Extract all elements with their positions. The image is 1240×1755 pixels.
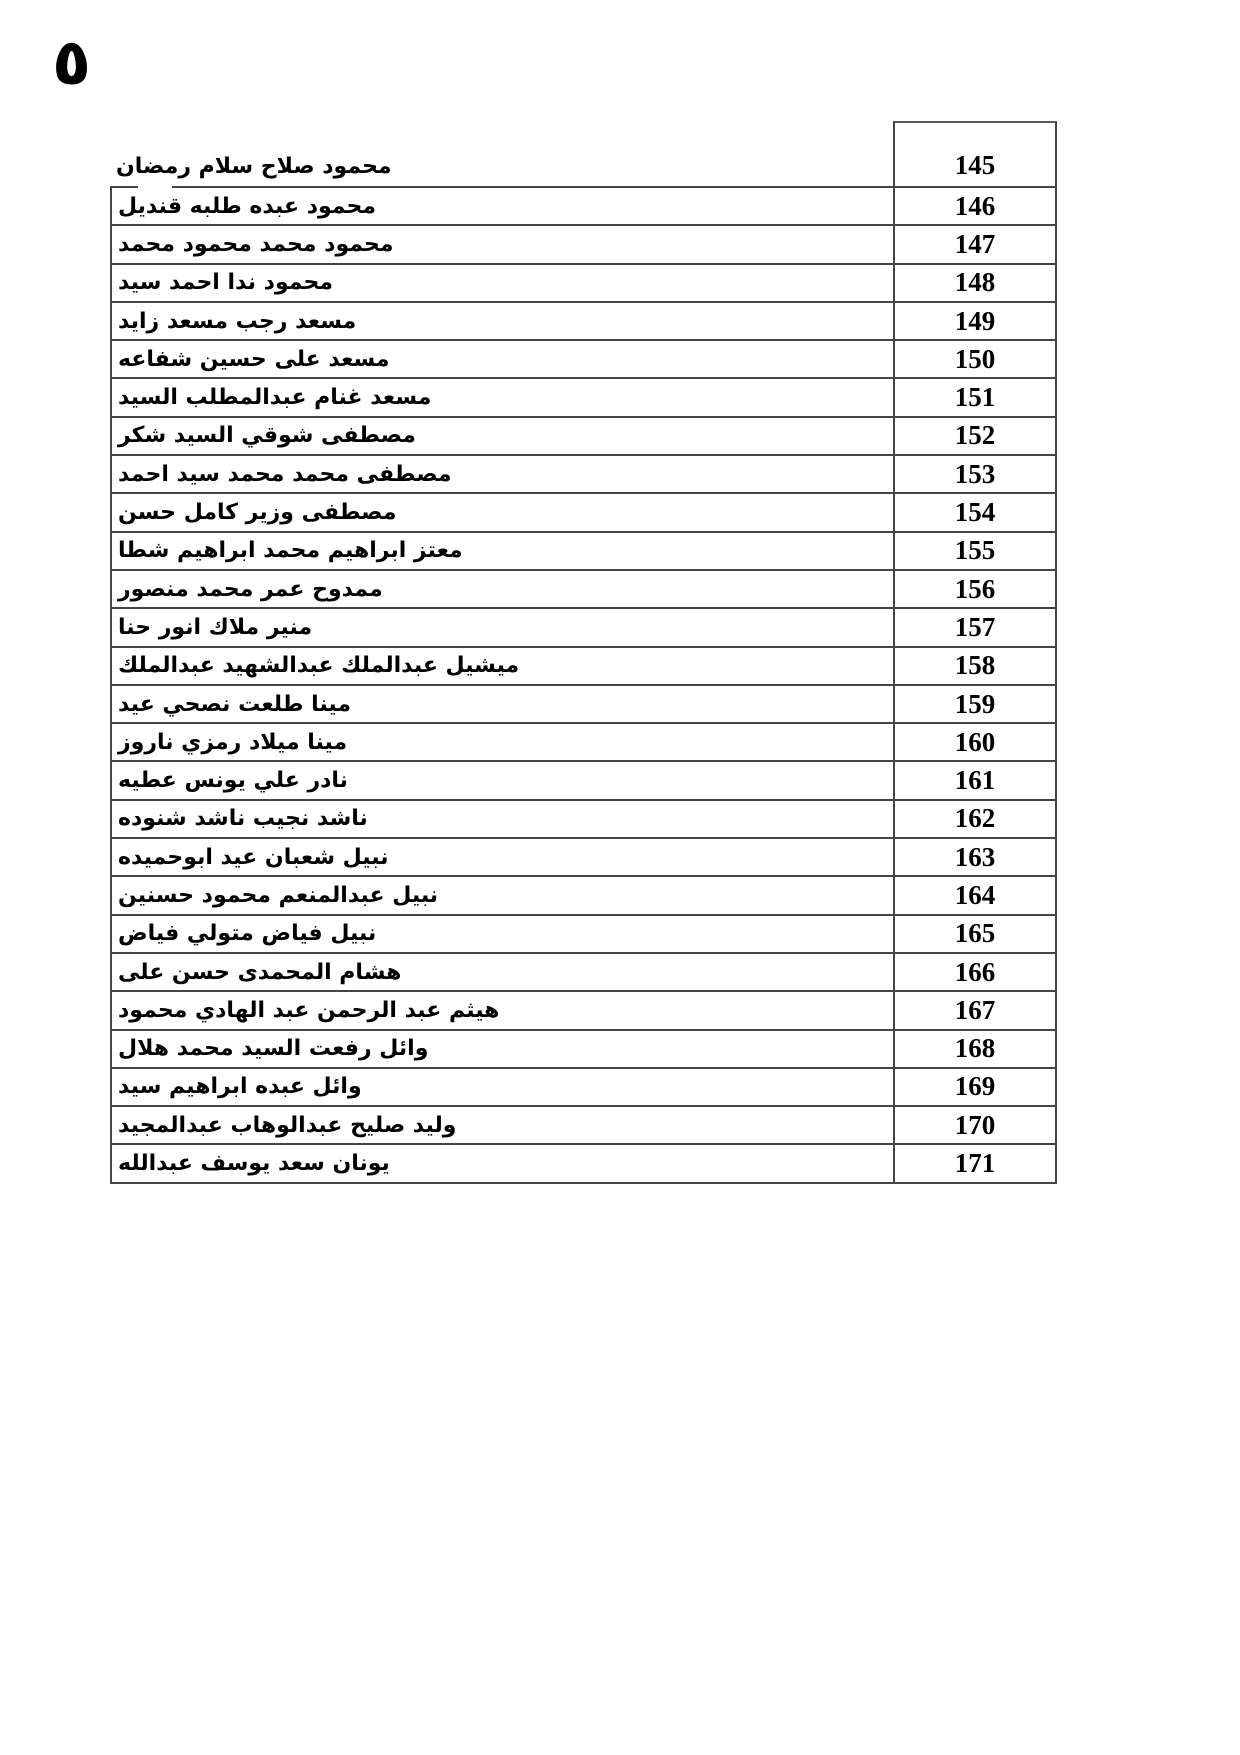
number-cell: 154 (895, 494, 1057, 532)
number-cell: 157 (895, 609, 1057, 647)
name-cell: مصطفى وزير كامل حسن (110, 494, 895, 532)
table-row: نبيل عبدالمنعم محمود حسنين164 (110, 877, 1057, 915)
table-row: وائل عبده ابراهيم سيد169 (110, 1069, 1057, 1107)
table-row: منير ملاك انور حنا157 (110, 609, 1057, 647)
table-row: مصطفى وزير كامل حسن154 (110, 494, 1057, 532)
table-row: محمود ندا احمد سيد148 (110, 265, 1057, 303)
table-row: نادر علي يونس عطيه161 (110, 762, 1057, 800)
number-cell: 170 (895, 1107, 1057, 1145)
number-cell: 145 (895, 121, 1057, 188)
name-cell: ناشد نجيب ناشد شنوده (110, 801, 895, 839)
number-cell: 161 (895, 762, 1057, 800)
name-cell: نادر علي يونس عطيه (110, 762, 895, 800)
scanned-document-page: ٥ محمود صلاح سلام رمضان145محمود عبده طلب… (0, 0, 1240, 1755)
name-cell: نبيل فياض متولي فياض (110, 916, 895, 954)
table-row: ممدوح عمر محمد منصور156 (110, 571, 1057, 609)
name-cell: مسعد رجب مسعد زايد (110, 303, 895, 341)
name-cell: وليد صليح عبدالوهاب عبدالمجيد (110, 1107, 895, 1145)
number-cell: 171 (895, 1145, 1057, 1183)
number-cell: 159 (895, 686, 1057, 724)
number-cell: 155 (895, 533, 1057, 571)
table-row: مصطفى شوقي السيد شكر152 (110, 418, 1057, 456)
name-cell: هيثم عبد الرحمن عبد الهادي محمود (110, 992, 895, 1030)
name-cell: محمود صلاح سلام رمضان (110, 121, 895, 188)
table-row: مسعد على حسين شفاعه150 (110, 341, 1057, 379)
number-cell: 148 (895, 265, 1057, 303)
name-cell: مصطفى محمد محمد سيد احمد (110, 456, 895, 494)
name-cell: يونان سعد يوسف عبدالله (110, 1145, 895, 1183)
table-row: مسعد غنام عبدالمطلب السيد151 (110, 379, 1057, 417)
names-table: محمود صلاح سلام رمضان145محمود عبده طلبه … (110, 121, 1057, 1184)
table-row: وليد صليح عبدالوهاب عبدالمجيد170 (110, 1107, 1057, 1145)
table-row: مينا ميلاد رمزي ناروز160 (110, 724, 1057, 762)
name-cell: محمود ندا احمد سيد (110, 265, 895, 303)
number-cell: 168 (895, 1031, 1057, 1069)
name-cell: محمود محمد محمود محمد (110, 226, 895, 264)
table-row: ناشد نجيب ناشد شنوده162 (110, 801, 1057, 839)
table-row: معتز ابراهيم محمد ابراهيم شطا155 (110, 533, 1057, 571)
number-cell: 150 (895, 341, 1057, 379)
number-cell: 147 (895, 226, 1057, 264)
number-cell: 164 (895, 877, 1057, 915)
number-cell: 152 (895, 418, 1057, 456)
number-cell: 169 (895, 1069, 1057, 1107)
table-row: نبيل شعبان عيد ابوحميده163 (110, 839, 1057, 877)
number-cell: 165 (895, 916, 1057, 954)
table-row: يونان سعد يوسف عبدالله171 (110, 1145, 1057, 1183)
number-cell: 146 (895, 188, 1057, 226)
number-cell: 149 (895, 303, 1057, 341)
number-cell: 166 (895, 954, 1057, 992)
table-row: محمود عبده طلبه قنديل146 (110, 188, 1057, 226)
table-row: مينا طلعت نصحي عيد159 (110, 686, 1057, 724)
name-cell: وائل عبده ابراهيم سيد (110, 1069, 895, 1107)
name-cell: نبيل شعبان عيد ابوحميده (110, 839, 895, 877)
table-row: وائل رفعت السيد محمد هلال168 (110, 1031, 1057, 1069)
name-cell: ميشيل عبدالملك عبدالشهيد عبدالملك (110, 648, 895, 686)
name-cell: محمود عبده طلبه قنديل (110, 188, 895, 226)
table-row: محمود محمد محمود محمد147 (110, 226, 1057, 264)
number-cell: 158 (895, 648, 1057, 686)
scan-artifact-line-gap (138, 185, 172, 190)
name-cell: منير ملاك انور حنا (110, 609, 895, 647)
number-cell: 156 (895, 571, 1057, 609)
table-row: مسعد رجب مسعد زايد149 (110, 303, 1057, 341)
name-cell: مسعد على حسين شفاعه (110, 341, 895, 379)
name-cell: مسعد غنام عبدالمطلب السيد (110, 379, 895, 417)
name-cell: معتز ابراهيم محمد ابراهيم شطا (110, 533, 895, 571)
name-cell: مصطفى شوقي السيد شكر (110, 418, 895, 456)
name-cell: نبيل عبدالمنعم محمود حسنين (110, 877, 895, 915)
number-cell: 167 (895, 992, 1057, 1030)
number-cell: 151 (895, 379, 1057, 417)
table-row: هشام المحمدى حسن على166 (110, 954, 1057, 992)
name-cell: هشام المحمدى حسن على (110, 954, 895, 992)
number-cell: 153 (895, 456, 1057, 494)
table-row: ميشيل عبدالملك عبدالشهيد عبدالملك158 (110, 648, 1057, 686)
table-row: نبيل فياض متولي فياض165 (110, 916, 1057, 954)
page-number: ٥ (52, 28, 91, 98)
name-cell: وائل رفعت السيد محمد هلال (110, 1031, 895, 1069)
table-row: هيثم عبد الرحمن عبد الهادي محمود167 (110, 992, 1057, 1030)
table-row: محمود صلاح سلام رمضان145 (110, 121, 1057, 188)
number-cell: 162 (895, 801, 1057, 839)
name-cell: مينا ميلاد رمزي ناروز (110, 724, 895, 762)
number-cell: 163 (895, 839, 1057, 877)
table-row: مصطفى محمد محمد سيد احمد153 (110, 456, 1057, 494)
number-cell: 160 (895, 724, 1057, 762)
name-cell: مينا طلعت نصحي عيد (110, 686, 895, 724)
name-cell: ممدوح عمر محمد منصور (110, 571, 895, 609)
